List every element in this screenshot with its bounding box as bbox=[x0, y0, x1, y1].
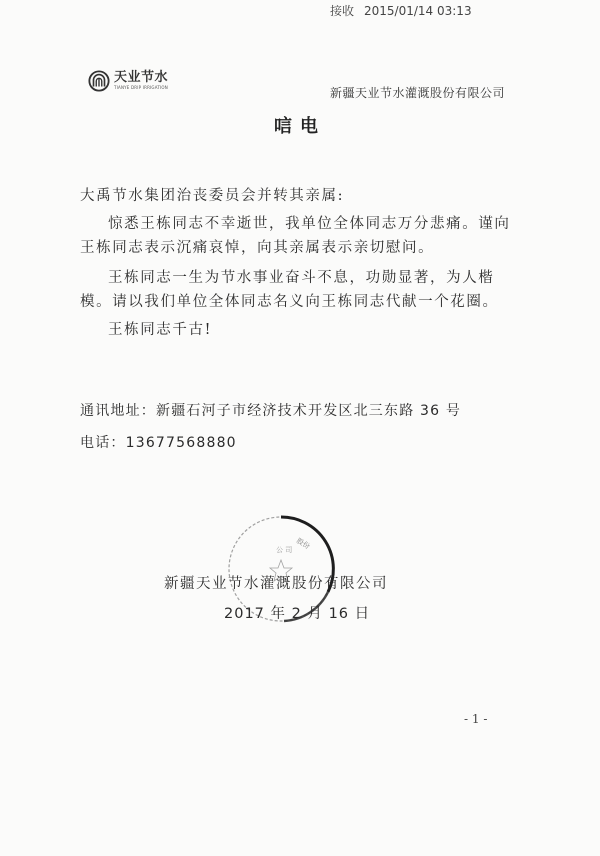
signature-date: 2017 年 2 月 16 日 bbox=[224, 602, 370, 623]
document-title: 唁电 bbox=[0, 112, 600, 138]
fax-receive-label: 接收 bbox=[330, 4, 354, 18]
svg-text:股份: 股份 bbox=[295, 536, 312, 551]
logo-text-en: TIANYE DRIP IRRIGATION bbox=[114, 85, 168, 91]
paragraph-3: 王栋同志千古! bbox=[108, 318, 212, 339]
paragraph-1-line-2: 王栋同志表示沉痛哀悼，向其亲属表示亲切慰问。 bbox=[80, 236, 434, 257]
page-number: - 1 - bbox=[464, 712, 487, 726]
logo-text-cn: 天业节水 bbox=[114, 71, 168, 85]
signature-company: 新疆天业节水灌溉股份有限公司 bbox=[164, 572, 388, 593]
paragraph-2-line-1: 王栋同志一生为节水事业奋斗不息，功勋显著，为人楷 bbox=[108, 266, 494, 287]
company-logo: 天业节水 TIANYE DRIP IRRIGATION bbox=[88, 70, 168, 92]
contact-phone: 电话：13677568880 bbox=[80, 432, 237, 452]
paragraph-1-line-1: 惊悉王栋同志不幸逝世，我单位全体同志万分悲痛。谨向 bbox=[108, 212, 511, 233]
fax-timestamp: 2015/01/14 03:13 bbox=[364, 4, 472, 18]
paragraph-2-line-2: 模。请以我们单位全体同志名义向王栋同志代献一个花圈。 bbox=[80, 290, 499, 311]
letterhead-company: 新疆天业节水灌溉股份有限公司 bbox=[330, 84, 505, 101]
fax-header: 接收2015/01/14 03:13 bbox=[330, 2, 472, 19]
contact-address: 通讯地址：新疆石河子市经济技术开发区北三东路 36 号 bbox=[80, 400, 461, 420]
logo-emblem-icon bbox=[88, 70, 110, 92]
salutation: 大禹节水集团治丧委员会并转其亲属: bbox=[80, 184, 344, 205]
svg-text:公 司: 公 司 bbox=[276, 545, 292, 554]
